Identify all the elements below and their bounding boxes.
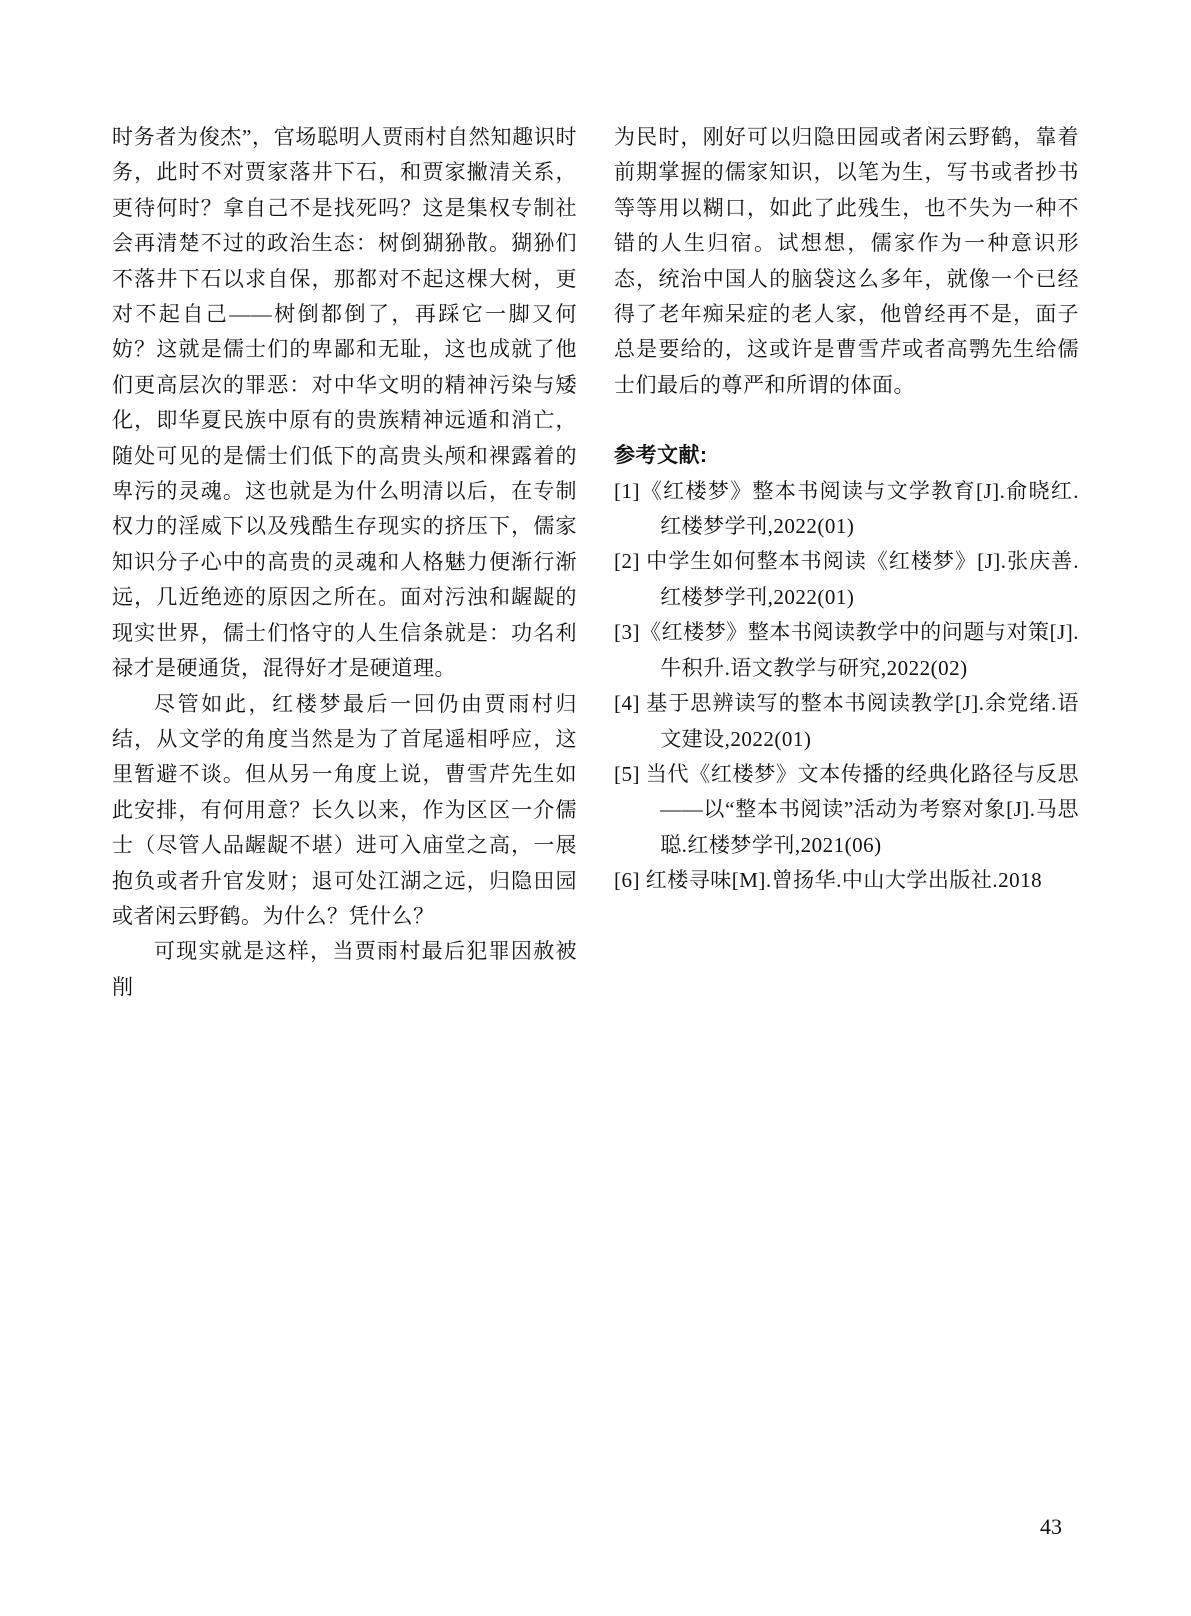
reference-item: [5] 当代《红楼梦》文本传播的经典化路径与反思——以“整本书阅读”活动为考察对… bbox=[614, 757, 1079, 863]
body-paragraph: 时务者为俊杰”，官场聪明人贾雨村自然知趣识时务，此时不对贾家落井下石，和贾家撇清… bbox=[112, 120, 577, 687]
reference-item: [2] 中学生如何整本书阅读《红楼梦》[J].张庆善.红楼梦学刊,2022(01… bbox=[614, 544, 1079, 615]
page-number: 43 bbox=[1040, 1512, 1062, 1542]
reference-item: [4] 基于思辨读写的整本书阅读教学[J].余党绪.语文建设,2022(01) bbox=[614, 686, 1079, 757]
reference-item: [3]《红楼梦》整本书阅读教学中的问题与对策[J].牛积升.语文教学与研究,20… bbox=[614, 615, 1079, 686]
body-paragraph: 可现实就是这样，当贾雨村最后犯罪因赦被削 bbox=[112, 934, 577, 1005]
references-heading: 参考文献: bbox=[614, 438, 1079, 473]
right-column: 为民时，刚好可以归隐田园或者闲云野鹤，靠着前期掌握的儒家知识，以笔为生，写书或者… bbox=[614, 120, 1079, 899]
body-paragraph: 尽管如此，红楼梦最后一回仍由贾雨村归结，从文学的角度当然是为了首尾遥相呼应，这里… bbox=[112, 687, 577, 935]
reference-item: [6] 红楼寻味[M].曾扬华.中山大学出版社.2018 bbox=[614, 863, 1079, 898]
article-page: 时务者为俊杰”，官场聪明人贾雨村自然知趣识时务，此时不对贾家落井下石，和贾家撇清… bbox=[0, 0, 1191, 1616]
body-paragraph: 为民时，刚好可以归隐田园或者闲云野鹤，靠着前期掌握的儒家知识，以笔为生，写书或者… bbox=[614, 120, 1079, 403]
left-column: 时务者为俊杰”，官场聪明人贾雨村自然知趣识时务，此时不对贾家落井下石，和贾家撇清… bbox=[112, 120, 577, 1005]
reference-item: [1]《红楼梦》整本书阅读与文学教育[J].俞晓红.红楼梦学刊,2022(01) bbox=[614, 474, 1079, 545]
references-list: [1]《红楼梦》整本书阅读与文学教育[J].俞晓红.红楼梦学刊,2022(01)… bbox=[614, 474, 1079, 899]
